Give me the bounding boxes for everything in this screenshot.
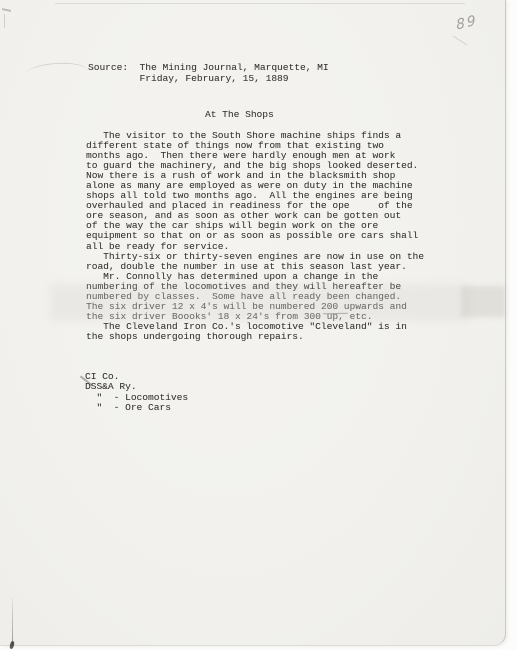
body-line: equipment so that on or as soon as possi… — [86, 231, 424, 241]
scanned-document-page: { "page": { "annotation_number": "89", "… — [0, 0, 517, 650]
source-line: Source: The Mining Journal, Marquette, M… — [88, 63, 329, 74]
scan-top-edge-artifact — [55, 3, 465, 4]
scan-arc-artifact — [24, 61, 87, 84]
scan-speck-artifact — [4, 14, 5, 28]
handwritten-page-number: 89 — [455, 12, 478, 33]
index-footer: CI Co.DSS&A Ry. " - Locomotives " - Ore … — [85, 372, 188, 414]
article-body: The visitor to the South Shore machine s… — [86, 131, 424, 342]
footer-line: " - Ore Cars — [85, 403, 188, 413]
source-line: Friday, February, 15, 1889 — [88, 74, 329, 85]
scan-stain-band-right — [461, 286, 505, 317]
scan-speck-artifact — [2, 8, 11, 12]
scan-crease-artifact — [12, 598, 13, 646]
pencil-stroke-artifact — [453, 36, 467, 45]
paper-sheet: 89 Source: The Mining Journal, Marquette… — [0, 0, 506, 646]
source-citation: Source: The Mining Journal, Marquette, M… — [88, 63, 329, 84]
scan-crease-blob — [9, 641, 15, 650]
article-title: At The Shops — [205, 110, 274, 120]
body-line: the shops undergoing thorough repairs. — [86, 332, 424, 342]
